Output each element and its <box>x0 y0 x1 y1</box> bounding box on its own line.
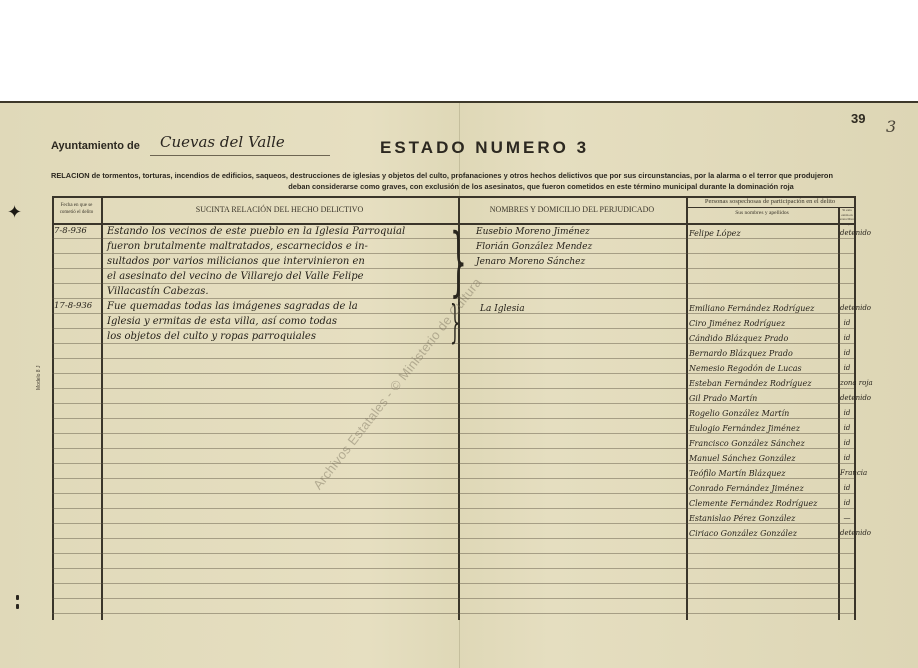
ruled-line <box>52 583 854 584</box>
suspect-status: detenido <box>840 391 854 406</box>
suspect-name: Manuel Sánchez González <box>689 451 795 466</box>
victim-name: Florián González Mendez <box>476 240 592 255</box>
page-mark: 3 <box>886 117 896 136</box>
ruled-line <box>52 598 854 599</box>
suspect-name: Nemesio Regodón de Lucas <box>689 361 802 376</box>
suspect-status: id <box>840 331 854 346</box>
entry-date: 7-8-936 <box>54 226 87 236</box>
suspect-status: Francia <box>840 466 854 481</box>
entry-date: 17-8-936 <box>54 301 92 311</box>
suspect-status: id <box>840 346 854 361</box>
suspect-name: Bernardo Blázquez Prado <box>689 346 793 361</box>
ruled-line <box>52 553 854 554</box>
suspect-status: — <box>840 511 854 526</box>
entry-description-line: Estando los vecinos de este pueblo en la… <box>107 224 405 239</box>
suspect-name: Conrado Fernández Jiménez <box>689 481 804 496</box>
suspect-status: detenido <box>840 301 854 316</box>
suspect-name: Ciriaco González González <box>689 526 797 541</box>
suspect-name: Felipe López <box>689 226 741 241</box>
suspect-status: id <box>840 316 854 331</box>
suspect-status: detenido <box>840 526 854 541</box>
header-fecha: Fecha en que se cometió el delito <box>54 202 99 216</box>
header-group-rule <box>686 207 854 208</box>
header-perjudicado: NOMBRES Y DOMICILIO DEL PERJUDICADO <box>458 205 686 214</box>
column-divider <box>52 196 54 620</box>
column-divider <box>854 196 856 620</box>
binding-holes <box>16 595 20 613</box>
header-sospechosos-group: Personas sospechosas de participación en… <box>686 198 854 205</box>
suspect-status: id <box>840 421 854 436</box>
suspect-name: Clemente Fernández Rodríguez <box>689 496 817 511</box>
suspect-name: Estanislao Pérez González <box>689 511 795 526</box>
suspect-name: Eulogio Fernández Jiménez <box>689 421 800 436</box>
suspect-name: Ciro Jiménez Rodríguez <box>689 316 785 331</box>
header-sospechosos-nombres: Sus nombres y apellidos <box>686 210 838 216</box>
suspect-status: id <box>840 406 854 421</box>
suspect-name: Teófilo Martín Blázquez <box>689 466 785 481</box>
ruled-line <box>52 613 854 614</box>
page-number: 39 <box>851 111 865 126</box>
entry-description-line: el asesinato del vecino de Villarejo del… <box>107 269 364 284</box>
suspect-name: Esteban Fernández Rodríguez <box>689 376 811 391</box>
ayuntamiento-underline <box>150 155 330 156</box>
crimes-table: Fecha en que se cometió el delito SUCINT… <box>52 196 854 620</box>
entry-description-line: los objetos del culto y ropas parroquial… <box>107 329 316 344</box>
victim-name: Jenaro Moreno Sánchez <box>476 255 585 270</box>
victim-name: Eusebio Moreno Jiménez <box>476 225 590 240</box>
suspect-name: Rogelio González Martín <box>689 406 789 421</box>
column-divider <box>686 196 688 620</box>
suspect-name: Gil Prado Martín <box>689 391 757 406</box>
column-divider <box>101 196 103 620</box>
suspect-status: id <box>840 361 854 376</box>
suspect-name: Cándido Blázquez Prado <box>689 331 788 346</box>
suspect-status: id <box>840 436 854 451</box>
suspect-name: Emiliano Fernández Rodríguez <box>689 301 814 316</box>
relacion-line-1: RELACION de tormentos, torturas, incendi… <box>51 170 911 181</box>
star-mark-icon: ✦ <box>7 203 21 221</box>
entry-description-line: Fue quemadas todas las imágenes sagradas… <box>107 299 358 314</box>
suspect-name: Francisco González Sánchez <box>689 436 805 451</box>
suspect-status: id <box>840 496 854 511</box>
ayuntamiento-value: Cuevas del Valle <box>160 133 285 151</box>
suspect-status: id <box>840 451 854 466</box>
document-sheet: 39 3 Ayuntamiento de Cuevas del Valle ES… <box>0 101 918 668</box>
suspect-status: zona roja <box>840 376 854 391</box>
side-model-label: Modelo 8 J <box>36 366 42 390</box>
relacion-description: RELACION de tormentos, torturas, incendi… <box>51 170 911 192</box>
victim-name: La Iglesia <box>480 302 525 317</box>
suspect-status: detenido <box>840 226 854 241</box>
entry-description-line: fueron brutalmente maltratados, escarnec… <box>107 239 368 254</box>
entry-description-line: Villacastín Cabezas. <box>107 284 209 299</box>
header-relacion: SUCINTA RELACIÓN DEL HECHO DELICTIVO <box>101 205 458 214</box>
relacion-line-2: deban considerarse como graves, con excl… <box>51 181 911 192</box>
document-title: ESTADO NUMERO 3 <box>380 138 589 158</box>
entry-description-line: sultados por varios milicianos que inter… <box>107 254 365 269</box>
suspect-status: id <box>840 481 854 496</box>
table-top-rule <box>52 196 854 198</box>
ruled-line <box>52 568 854 569</box>
ayuntamiento-label: Ayuntamiento de <box>51 140 140 152</box>
entry-description-line: Iglesia y ermitas de esta villa, así com… <box>107 314 337 329</box>
